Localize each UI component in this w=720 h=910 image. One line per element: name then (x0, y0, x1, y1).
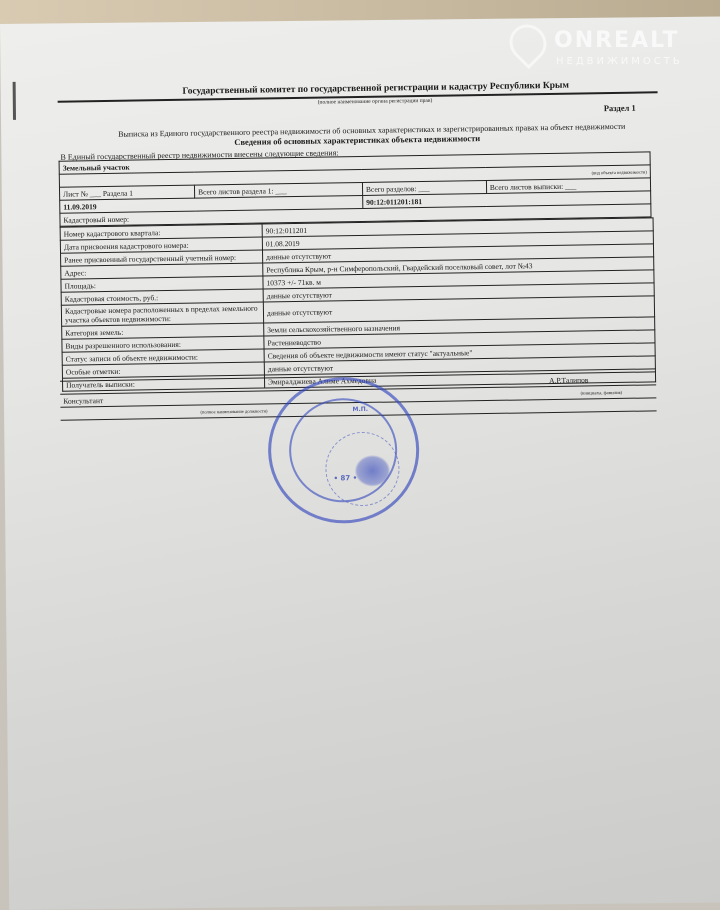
summary-table: Земельный участок (вид объекта недвижимо… (59, 151, 652, 226)
coat-of-arms-icon (354, 455, 390, 488)
seal-number: • 87 • (334, 474, 358, 482)
section-label: Раздел 1 (604, 103, 636, 114)
document: Государственный комитет по государственн… (0, 0, 720, 910)
characteristics-table: Номер кадастрового квартала:90:12:011201… (60, 217, 657, 391)
seal-mark: М.П. (352, 406, 368, 413)
seal-inner-ring (288, 397, 398, 503)
seal-core (325, 431, 400, 506)
signature-blank (546, 398, 656, 413)
official-seal: М.П. • 87 • (267, 376, 420, 524)
organization-caption: (полное наименование органа регистрации … (318, 98, 433, 106)
